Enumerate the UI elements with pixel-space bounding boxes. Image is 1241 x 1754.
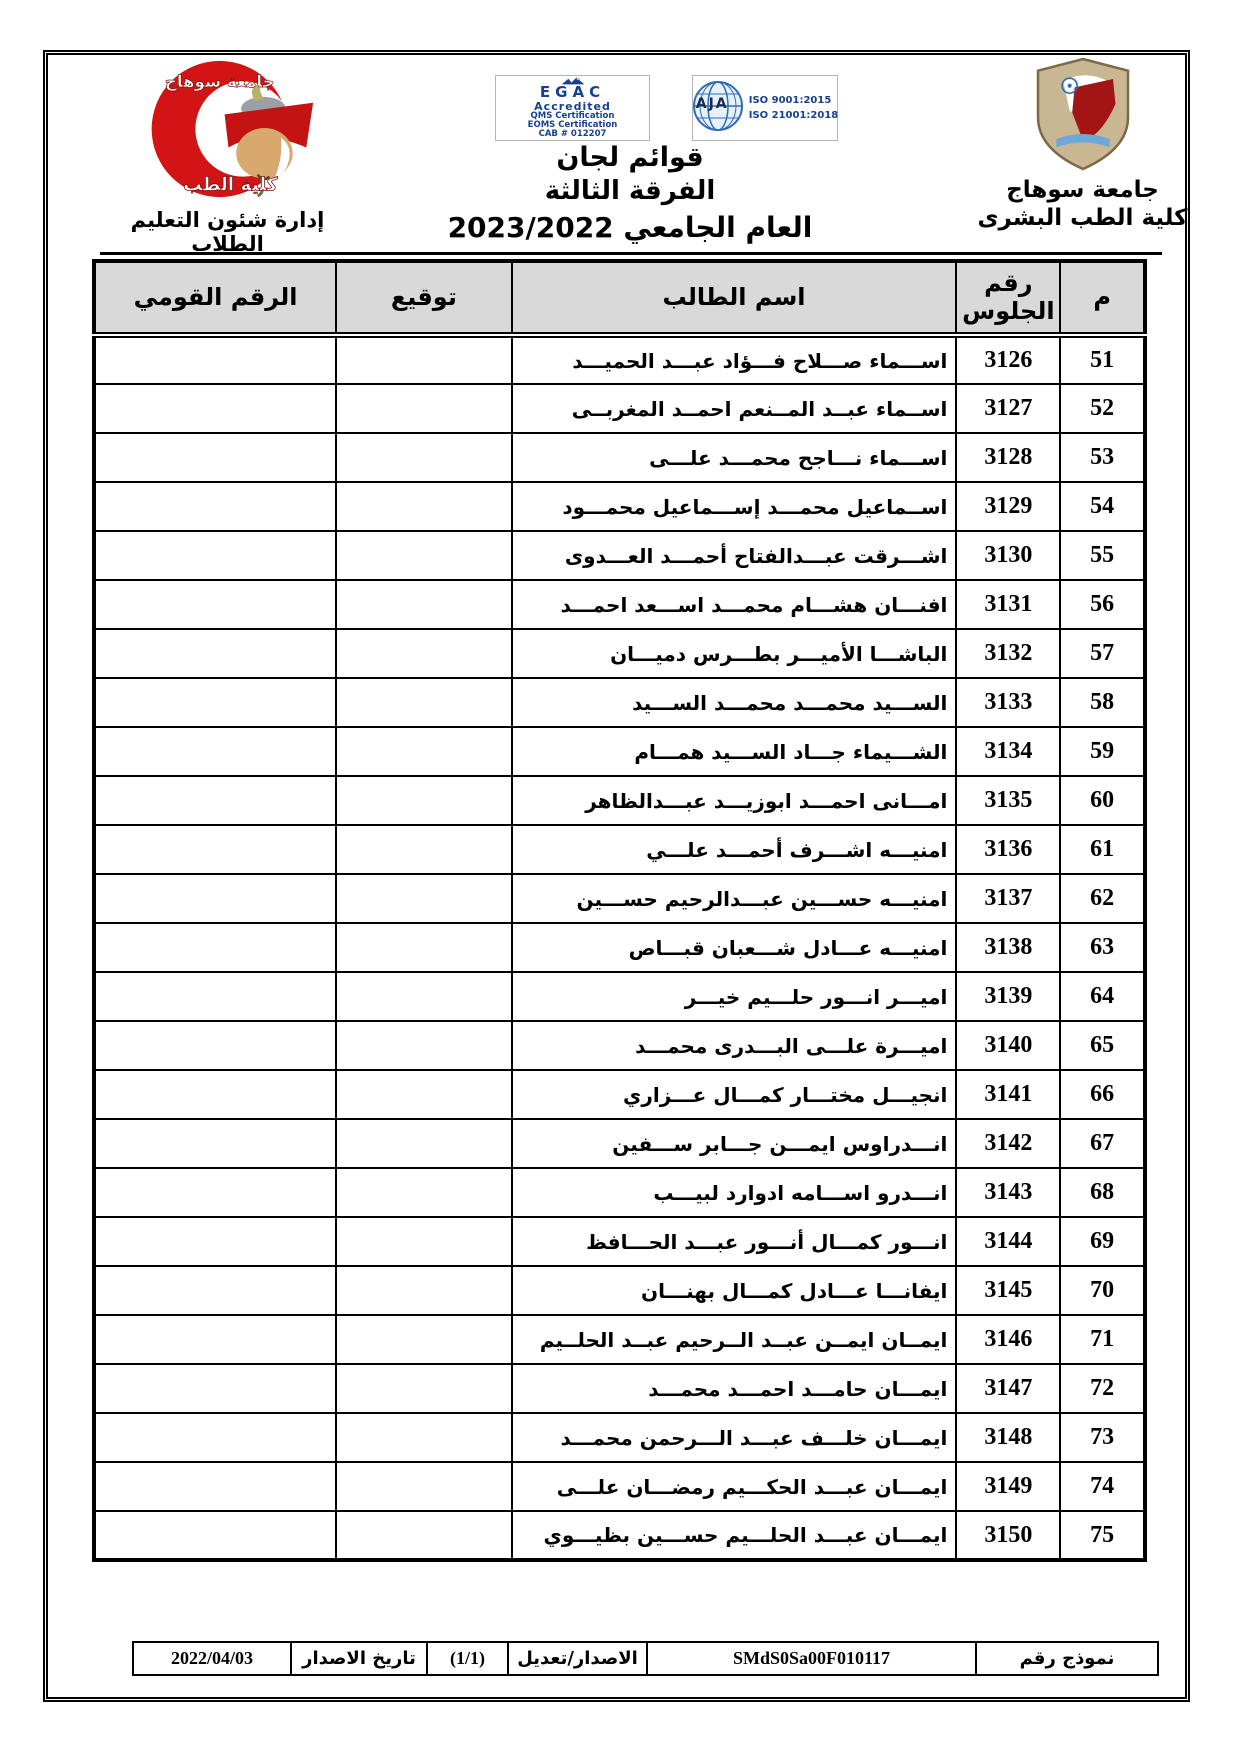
header-national-id: الرقم القومي	[94, 261, 336, 335]
student-name-cell: الســـيد محمـــد محمـــد الســـيد	[512, 678, 957, 727]
signature-cell	[336, 1266, 512, 1315]
student-name-cell: امنيـــه حســـين عبـــدالرحيم حســـين	[512, 874, 957, 923]
seat-number-cell: 3145	[956, 1266, 1060, 1315]
table-row: 753150ايمـــان عبـــد الحلـــيم حســـين …	[94, 1511, 1145, 1560]
table-row: 523127اســماء عبــد المــنعم احمــد المغ…	[94, 384, 1145, 433]
seat-number-cell: 3140	[956, 1021, 1060, 1070]
national-id-cell	[94, 1021, 336, 1070]
national-id-cell	[94, 776, 336, 825]
national-id-cell	[94, 678, 336, 727]
seat-number-cell: 3141	[956, 1070, 1060, 1119]
title-committee-lists: قوائم لجان	[440, 142, 820, 173]
table-row: 603135امـــانى احمـــد ابوزيـــد عبـــدا…	[94, 776, 1145, 825]
index-cell: 54	[1060, 482, 1145, 531]
national-id-cell	[94, 1119, 336, 1168]
national-id-cell	[94, 1266, 336, 1315]
signature-cell	[336, 482, 512, 531]
faculty-logo-block: جامعة سوهاج كلية الطب إدارة شئون التعليم…	[95, 58, 360, 256]
national-id-cell	[94, 923, 336, 972]
signature-cell	[336, 531, 512, 580]
index-cell: 74	[1060, 1462, 1145, 1511]
index-cell: 73	[1060, 1413, 1145, 1462]
national-id-cell	[94, 1413, 336, 1462]
document-titles: قوائم لجان الفرقة الثالثة العام الجامعي …	[440, 142, 820, 277]
signature-cell	[336, 433, 512, 482]
student-name-cell: ايمـــان خلـــف عبـــد الـــرحمن محمـــد	[512, 1413, 957, 1462]
student-name-cell: اشـــرقت عبـــدالفتاح أحمـــد العـــدوى	[512, 531, 957, 580]
national-id-cell	[94, 531, 336, 580]
index-cell: 66	[1060, 1070, 1145, 1119]
national-id-cell	[94, 580, 336, 629]
index-cell: 61	[1060, 825, 1145, 874]
form-number-label: نموذج رقم	[976, 1642, 1158, 1675]
form-code-value: SMdS0Sa00F010117	[647, 1642, 976, 1675]
issue-date-value: 2022/04/03	[133, 1642, 291, 1675]
department-caption: إدارة شئون التعليم الطلاب	[95, 208, 360, 256]
student-name-cell: ايمـــان عبـــد الحلـــيم حســـين بظيـــ…	[512, 1511, 957, 1560]
egac-word: EGAC	[540, 85, 605, 101]
signature-cell	[336, 1119, 512, 1168]
signature-cell	[336, 1070, 512, 1119]
seat-number-cell: 3142	[956, 1119, 1060, 1168]
seat-number-cell: 3132	[956, 629, 1060, 678]
signature-cell	[336, 335, 512, 384]
student-name-cell: امـــانى احمـــد ابوزيـــد عبـــدالظاهر	[512, 776, 957, 825]
student-name-cell: اســـماء صـــلاح فـــؤاد عبـــد الحميـــ…	[512, 335, 957, 384]
table-row: 623137امنيـــه حســـين عبـــدالرحيم حســ…	[94, 874, 1145, 923]
signature-cell	[336, 1462, 512, 1511]
table-row: 563131افنـــان هشـــام محمـــد اســـعد ا…	[94, 580, 1145, 629]
student-table: م رقم الجلوس اسم الطالب توقيع الرقم القو…	[92, 259, 1147, 1562]
seat-number-cell: 3129	[956, 482, 1060, 531]
national-id-cell	[94, 727, 336, 776]
index-cell: 67	[1060, 1119, 1145, 1168]
footer-form-table: نموذج رقم SMdS0Sa00F010117 الاصدار/تعديل…	[132, 1641, 1159, 1676]
index-cell: 62	[1060, 874, 1145, 923]
index-cell: 53	[1060, 433, 1145, 482]
issue-date-label: تاريخ الاصدار	[291, 1642, 427, 1675]
header-signature: توقيع	[336, 261, 512, 335]
signature-cell	[336, 972, 512, 1021]
signature-cell	[336, 1168, 512, 1217]
header-divider-rule	[100, 252, 1162, 255]
national-id-cell	[94, 433, 336, 482]
table-row: 713146ايمــان ايمــن عبــد الــرحيم عبــ…	[94, 1315, 1145, 1364]
national-id-cell	[94, 825, 336, 874]
title-third-year: الفرقة الثالثة	[440, 176, 820, 206]
index-cell: 55	[1060, 531, 1145, 580]
signature-cell	[336, 923, 512, 972]
table-header-row: م رقم الجلوس اسم الطالب توقيع الرقم القو…	[94, 261, 1145, 335]
aja-word: AJA	[696, 96, 729, 112]
signature-cell	[336, 1364, 512, 1413]
index-cell: 59	[1060, 727, 1145, 776]
index-cell: 57	[1060, 629, 1145, 678]
table-row: 633138امنيـــه عـــادل شـــعبان قبـــاص	[94, 923, 1145, 972]
seat-number-cell: 3135	[956, 776, 1060, 825]
index-cell: 65	[1060, 1021, 1145, 1070]
signature-cell	[336, 727, 512, 776]
signature-cell	[336, 384, 512, 433]
index-cell: 63	[1060, 923, 1145, 972]
student-name-cell: ايمــان ايمــن عبــد الــرحيم عبــد الحل…	[512, 1315, 957, 1364]
index-cell: 68	[1060, 1168, 1145, 1217]
table-row: 683143انـــدرو اســـامه ادوارد لبيـــب	[94, 1168, 1145, 1217]
index-cell: 70	[1060, 1266, 1145, 1315]
index-cell: 52	[1060, 384, 1145, 433]
table-row: 653140اميـــرة علـــى البـــدرى محمـــد	[94, 1021, 1145, 1070]
student-name-cell: اســـماء نـــاجح محمـــد علـــى	[512, 433, 957, 482]
table-row: 743149ايمـــان عبـــد الحكـــيم رمضـــان…	[94, 1462, 1145, 1511]
seat-number-cell: 3144	[956, 1217, 1060, 1266]
student-table-body: 513126اســـماء صـــلاح فـــؤاد عبـــد ال…	[94, 335, 1145, 1560]
aja-iso-9001: ISO 9001:2015	[749, 93, 839, 108]
index-cell: 64	[1060, 972, 1145, 1021]
student-name-cell: انـــدرو اســـامه ادوارد لبيـــب	[512, 1168, 957, 1217]
university-logo-block: جامعة سوهاج كلية الطب البشرى	[975, 55, 1190, 232]
faculty-name: كلية الطب البشرى	[975, 205, 1190, 233]
student-name-cell: امنيـــه اشـــرف أحمـــد علـــي	[512, 825, 957, 874]
signature-cell	[336, 1021, 512, 1070]
signature-cell	[336, 629, 512, 678]
student-name-cell: اســماعيل محمـــد إســـماعيل محمـــود	[512, 482, 957, 531]
national-id-cell	[94, 1364, 336, 1413]
national-id-cell	[94, 384, 336, 433]
aja-iso-badge: AJA ISO 9001:2015 ISO 21001:2018	[692, 75, 838, 141]
issue-label: الاصدار/تعديل	[508, 1642, 647, 1675]
student-name-cell: ايمـــان حامـــد احمـــد محمـــد	[512, 1364, 957, 1413]
seat-number-cell: 3150	[956, 1511, 1060, 1560]
table-row: 573132الباشـــا الأميـــر بطـــرس دميـــ…	[94, 629, 1145, 678]
index-cell: 56	[1060, 580, 1145, 629]
seat-number-cell: 3137	[956, 874, 1060, 923]
national-id-cell	[94, 1217, 336, 1266]
table-row: 723147ايمـــان حامـــد احمـــد محمـــد	[94, 1364, 1145, 1413]
table-row: 673142انـــدراوس ايمـــن جـــابر ســـفين	[94, 1119, 1145, 1168]
signature-cell	[336, 776, 512, 825]
student-name-cell: انجيـــل مختـــار كمـــال عـــزاري	[512, 1070, 957, 1119]
header-index: م	[1060, 261, 1145, 335]
table-row: 733148ايمـــان خلـــف عبـــد الـــرحمن م…	[94, 1413, 1145, 1462]
seat-number-cell: 3136	[956, 825, 1060, 874]
aja-iso-21001: ISO 21001:2018	[749, 108, 839, 123]
national-id-cell	[94, 1315, 336, 1364]
seat-number-cell: 3143	[956, 1168, 1060, 1217]
table-row: 613136امنيـــه اشـــرف أحمـــد علـــي	[94, 825, 1145, 874]
seat-number-cell: 3131	[956, 580, 1060, 629]
signature-cell	[336, 1315, 512, 1364]
index-cell: 51	[1060, 335, 1145, 384]
egac-cab-line: CAB # 012207	[539, 130, 607, 139]
table-row: 583133الســـيد محمـــد محمـــد الســـيد	[94, 678, 1145, 727]
signature-cell	[336, 1413, 512, 1462]
student-name-cell: اســماء عبــد المــنعم احمــد المغربــى	[512, 384, 957, 433]
student-name-cell: اميـــرة علـــى البـــدرى محمـــد	[512, 1021, 957, 1070]
index-cell: 60	[1060, 776, 1145, 825]
national-id-cell	[94, 629, 336, 678]
aja-globe-icon: AJA	[692, 80, 744, 136]
student-name-cell: انـــدراوس ايمـــن جـــابر ســـفين	[512, 1119, 957, 1168]
national-id-cell	[94, 335, 336, 384]
student-name-cell: ايمـــان عبـــد الحكـــيم رمضـــان علـــ…	[512, 1462, 957, 1511]
seat-number-cell: 3147	[956, 1364, 1060, 1413]
student-name-cell: الباشـــا الأميـــر بطـــرس دميـــان	[512, 629, 957, 678]
signature-cell	[336, 580, 512, 629]
table-row: 643139اميـــر انـــور حلـــيم خيـــر	[94, 972, 1145, 1021]
issue-value: (1/1)	[427, 1642, 508, 1675]
student-name-cell: اميـــر انـــور حلـــيم خيـــر	[512, 972, 957, 1021]
signature-cell	[336, 1511, 512, 1560]
national-id-cell	[94, 972, 336, 1021]
header-student-name: اسم الطالب	[512, 261, 957, 335]
seat-number-cell: 3148	[956, 1413, 1060, 1462]
seat-number-cell: 3126	[956, 335, 1060, 384]
national-id-cell	[94, 874, 336, 923]
student-name-cell: ايفانـــا عـــادل كمـــال بهنـــان	[512, 1266, 957, 1315]
seat-number-cell: 3146	[956, 1315, 1060, 1364]
student-name-cell: الشـــيماء جـــاد الســـيد همـــام	[512, 727, 957, 776]
seat-number-cell: 3127	[956, 384, 1060, 433]
national-id-cell	[94, 1462, 336, 1511]
table-row: 663141انجيـــل مختـــار كمـــال عـــزاري	[94, 1070, 1145, 1119]
index-cell: 72	[1060, 1364, 1145, 1413]
table-row: 543129اســماعيل محمـــد إســـماعيل محمــ…	[94, 482, 1145, 531]
national-id-cell	[94, 1070, 336, 1119]
accreditation-logos: EGAC Accredited QMS Certification EOMS C…	[495, 75, 840, 141]
index-cell: 71	[1060, 1315, 1145, 1364]
footer-row: نموذج رقم SMdS0Sa00F010117 الاصدار/تعديل…	[133, 1642, 1158, 1675]
index-cell: 69	[1060, 1217, 1145, 1266]
university-shield-logo	[1033, 55, 1133, 173]
seat-number-cell: 3138	[956, 923, 1060, 972]
index-cell: 58	[1060, 678, 1145, 727]
student-name-cell: امنيـــه عـــادل شـــعبان قبـــاص	[512, 923, 957, 972]
national-id-cell	[94, 482, 336, 531]
table-row: 593134الشـــيماء جـــاد الســـيد همـــام	[94, 727, 1145, 776]
national-id-cell	[94, 1511, 336, 1560]
university-name: جامعة سوهاج	[975, 177, 1190, 205]
national-id-cell	[94, 1168, 336, 1217]
signature-cell	[336, 874, 512, 923]
seat-number-cell: 3133	[956, 678, 1060, 727]
egac-accreditation-badge: EGAC Accredited QMS Certification EOMS C…	[495, 75, 650, 141]
signature-cell	[336, 825, 512, 874]
student-name-cell: انـــور كمـــال أنـــور عبـــد الحـــافظ	[512, 1217, 957, 1266]
faculty-crescent-logo: جامعة سوهاج كلية الطب	[115, 58, 340, 200]
table-row: 703145ايفانـــا عـــادل كمـــال بهنـــان	[94, 1266, 1145, 1315]
seat-number-cell: 3128	[956, 433, 1060, 482]
signature-cell	[336, 678, 512, 727]
student-name-cell: افنـــان هشـــام محمـــد اســـعد احمـــد	[512, 580, 957, 629]
seat-number-cell: 3139	[956, 972, 1060, 1021]
seat-number-cell: 3134	[956, 727, 1060, 776]
header-seat-number: رقم الجلوس	[956, 261, 1060, 335]
table-row: 553130اشـــرقت عبـــدالفتاح أحمـــد العـ…	[94, 531, 1145, 580]
index-cell: 75	[1060, 1511, 1145, 1560]
seat-number-cell: 3130	[956, 531, 1060, 580]
logo-bottom-text: كلية الطب	[183, 174, 278, 195]
logo-top-text: جامعة سوهاج	[165, 72, 275, 92]
seat-number-cell: 3149	[956, 1462, 1060, 1511]
signature-cell	[336, 1217, 512, 1266]
table-row: 693144انـــور كمـــال أنـــور عبـــد الح…	[94, 1217, 1145, 1266]
table-row: 513126اســـماء صـــلاح فـــؤاد عبـــد ال…	[94, 335, 1145, 384]
table-row: 533128اســـماء نـــاجح محمـــد علـــى	[94, 433, 1145, 482]
